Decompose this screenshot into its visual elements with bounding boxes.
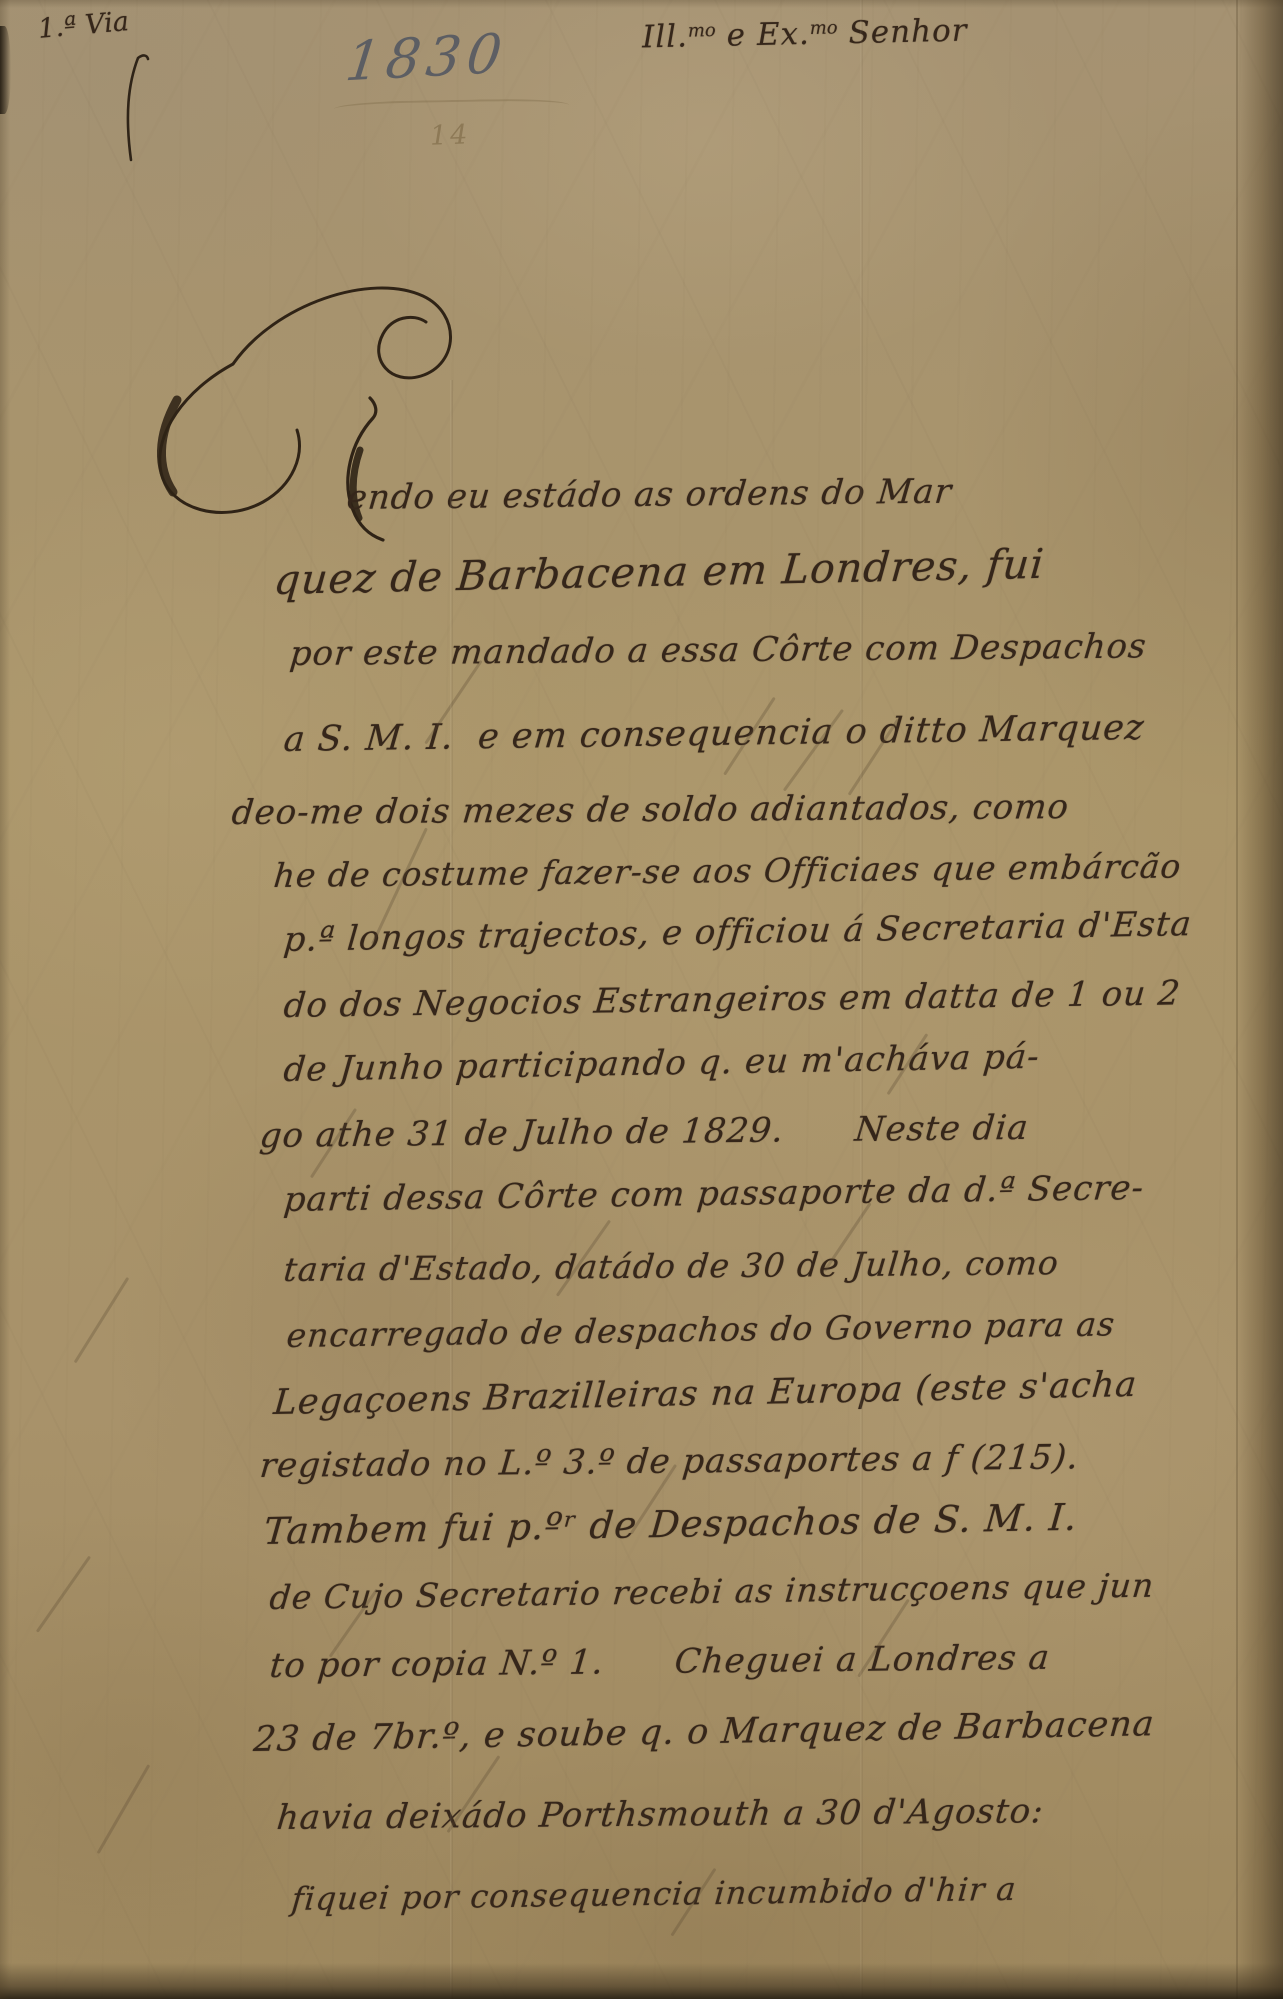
page-edge-shadow-top [0, 0, 1283, 8]
manuscript-line: de Cujo Secretario recebi as instrucçoen… [268, 1566, 1156, 1617]
page-edge-shadow-left [0, 0, 10, 1999]
manuscript-line: deo-me dois mezes de soldo adiantados, c… [230, 787, 1071, 833]
manuscript-page: 1.ª Via 1830 14 Ill.mo e Ex.mo Senhor en… [0, 0, 1283, 1999]
pencil-mark [36, 1556, 91, 1633]
salutation-text: e Ex. [715, 16, 810, 54]
salutation-superscript: mo [688, 20, 716, 42]
manuscript-line: to por copia N.º 1. Cheguei a Londres a [268, 1638, 1052, 1686]
manuscript-line: he de costume fazer-se aos Officiaes que… [272, 846, 1183, 895]
manuscript-line: registado no L.º 3.º de passaportes a f … [258, 1437, 1081, 1486]
salutation-superscript: mo [809, 17, 837, 39]
salutation-text: Ill. [642, 18, 689, 55]
page-edge-shadow-bottom [0, 1963, 1283, 1999]
salutation-text: Senhor [837, 13, 968, 52]
manuscript-line: p.ª longos trajectos, e officiou á Secre… [282, 904, 1194, 960]
manuscript-line: Tambem fui p.ºʳ de Despachos de S. M. I. [262, 1496, 1079, 1553]
manuscript-line: por este mandado a essa Côrte com Despac… [288, 626, 1149, 674]
manuscript-line: go athe 31 de Julho de 1829. Neste dia [258, 1108, 1031, 1156]
pencil-smudge [334, 98, 569, 116]
manuscript-line: fiquei por consequencia incumbido d'hir … [290, 1870, 1018, 1918]
pencil-mark [74, 1277, 129, 1363]
year-annotation-pencil: 1830 [342, 22, 511, 94]
manuscript-line: Legaçoens Brazilleiras na Europa (este s… [272, 1365, 1139, 1423]
manuscript-line: 23 de 7br.º, e soube q. o Marquez de Bar… [252, 1704, 1156, 1760]
manuscript-line: taria d'Estado, datádo de 30 de Julho, c… [282, 1243, 1061, 1289]
pencil-mark [97, 1764, 150, 1854]
manuscript-line: endo eu estádo as ordens do Mar [345, 472, 954, 518]
salutation: Ill.mo e Ex.mo Senhor [642, 13, 968, 56]
ink-stroke-mark [118, 52, 152, 168]
manuscript-line: do dos Negocios Estrangeiros em datta de… [282, 973, 1182, 1026]
faint-pencil-annotation: 14 [429, 119, 470, 151]
copy-annotation: 1.ª Via [37, 6, 130, 45]
manuscript-line: a S. M. I. e em consequencia o ditto Mar… [282, 708, 1146, 760]
page-edge-shadow-right [1236, 0, 1283, 1999]
manuscript-line: havia deixádo Porthsmouth a 30 d'Agosto: [275, 1791, 1046, 1838]
manuscript-line: encarregado de despachos do Governo para… [285, 1304, 1117, 1355]
manuscript-line: de Junho participando q. eu m'acháva pá- [282, 1037, 1041, 1090]
manuscript-line: parti dessa Côrte com passaporte da d.ª … [282, 1168, 1146, 1220]
